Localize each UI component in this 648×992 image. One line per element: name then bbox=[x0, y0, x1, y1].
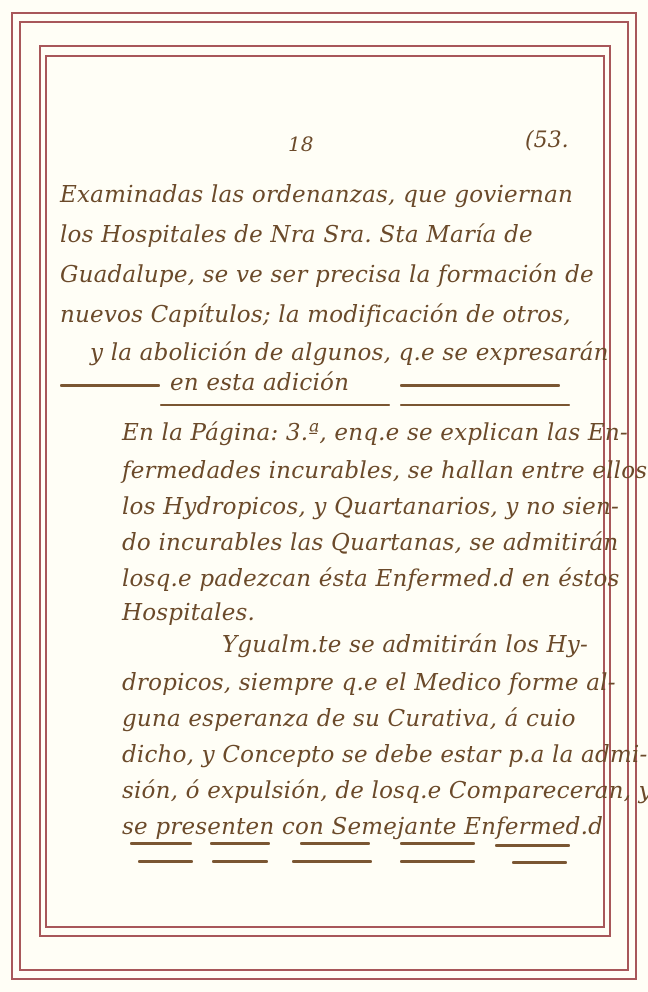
body-line: do incurables las Quartanas, se admitirá… bbox=[122, 530, 618, 556]
body-line: Hospitales. bbox=[122, 600, 255, 626]
folio-mark: 18 bbox=[288, 132, 313, 156]
rule bbox=[512, 861, 567, 864]
rule bbox=[160, 404, 390, 406]
rule bbox=[138, 860, 193, 863]
rule bbox=[292, 860, 372, 863]
rule bbox=[495, 844, 570, 847]
rule bbox=[400, 842, 475, 845]
body-line: losq.e padezcan ésta Enfermed.d en éstos bbox=[122, 566, 620, 592]
intro-line: en esta adición bbox=[170, 370, 349, 396]
rule bbox=[300, 842, 370, 845]
body-line: los Hydropicos, y Quartanarios, y no sie… bbox=[122, 494, 619, 520]
rule bbox=[400, 404, 570, 406]
body-line: guna esperanza de su Curativa, á cuio bbox=[122, 706, 576, 732]
page-number: (53. bbox=[525, 128, 569, 153]
intro-line: los Hospitales de Nra Sra. Sta María de bbox=[60, 222, 533, 248]
body-line: se presenten con Semejante Enfermed.d bbox=[122, 814, 603, 840]
body-line: Ygualm.te se admitirán los Hy- bbox=[222, 632, 588, 658]
rule bbox=[400, 384, 560, 387]
intro-line: Guadalupe, se ve ser precisa la formació… bbox=[60, 262, 594, 288]
rule bbox=[210, 842, 270, 845]
body-line: dropicos, siempre q.e el Medico forme al… bbox=[122, 670, 616, 696]
body-line: fermedades incurables, se hallan entre e… bbox=[122, 458, 647, 484]
intro-line: y la abolición de algunos, q.e se expres… bbox=[90, 340, 609, 366]
rule bbox=[130, 842, 192, 845]
rule bbox=[400, 860, 475, 863]
rule bbox=[212, 860, 268, 863]
intro-line: Examinadas las ordenanzas, que goviernan bbox=[60, 182, 573, 208]
body-line: En la Página: 3.ª, enq.e se explican las… bbox=[122, 420, 628, 446]
rule bbox=[60, 384, 160, 387]
intro-line: nuevos Capítulos; la modificación de otr… bbox=[60, 302, 571, 328]
body-line: dicho, y Concepto se debe estar p.a la a… bbox=[122, 742, 647, 768]
body-line: sión, ó expulsión, de losq.e Comparecera… bbox=[122, 778, 648, 804]
